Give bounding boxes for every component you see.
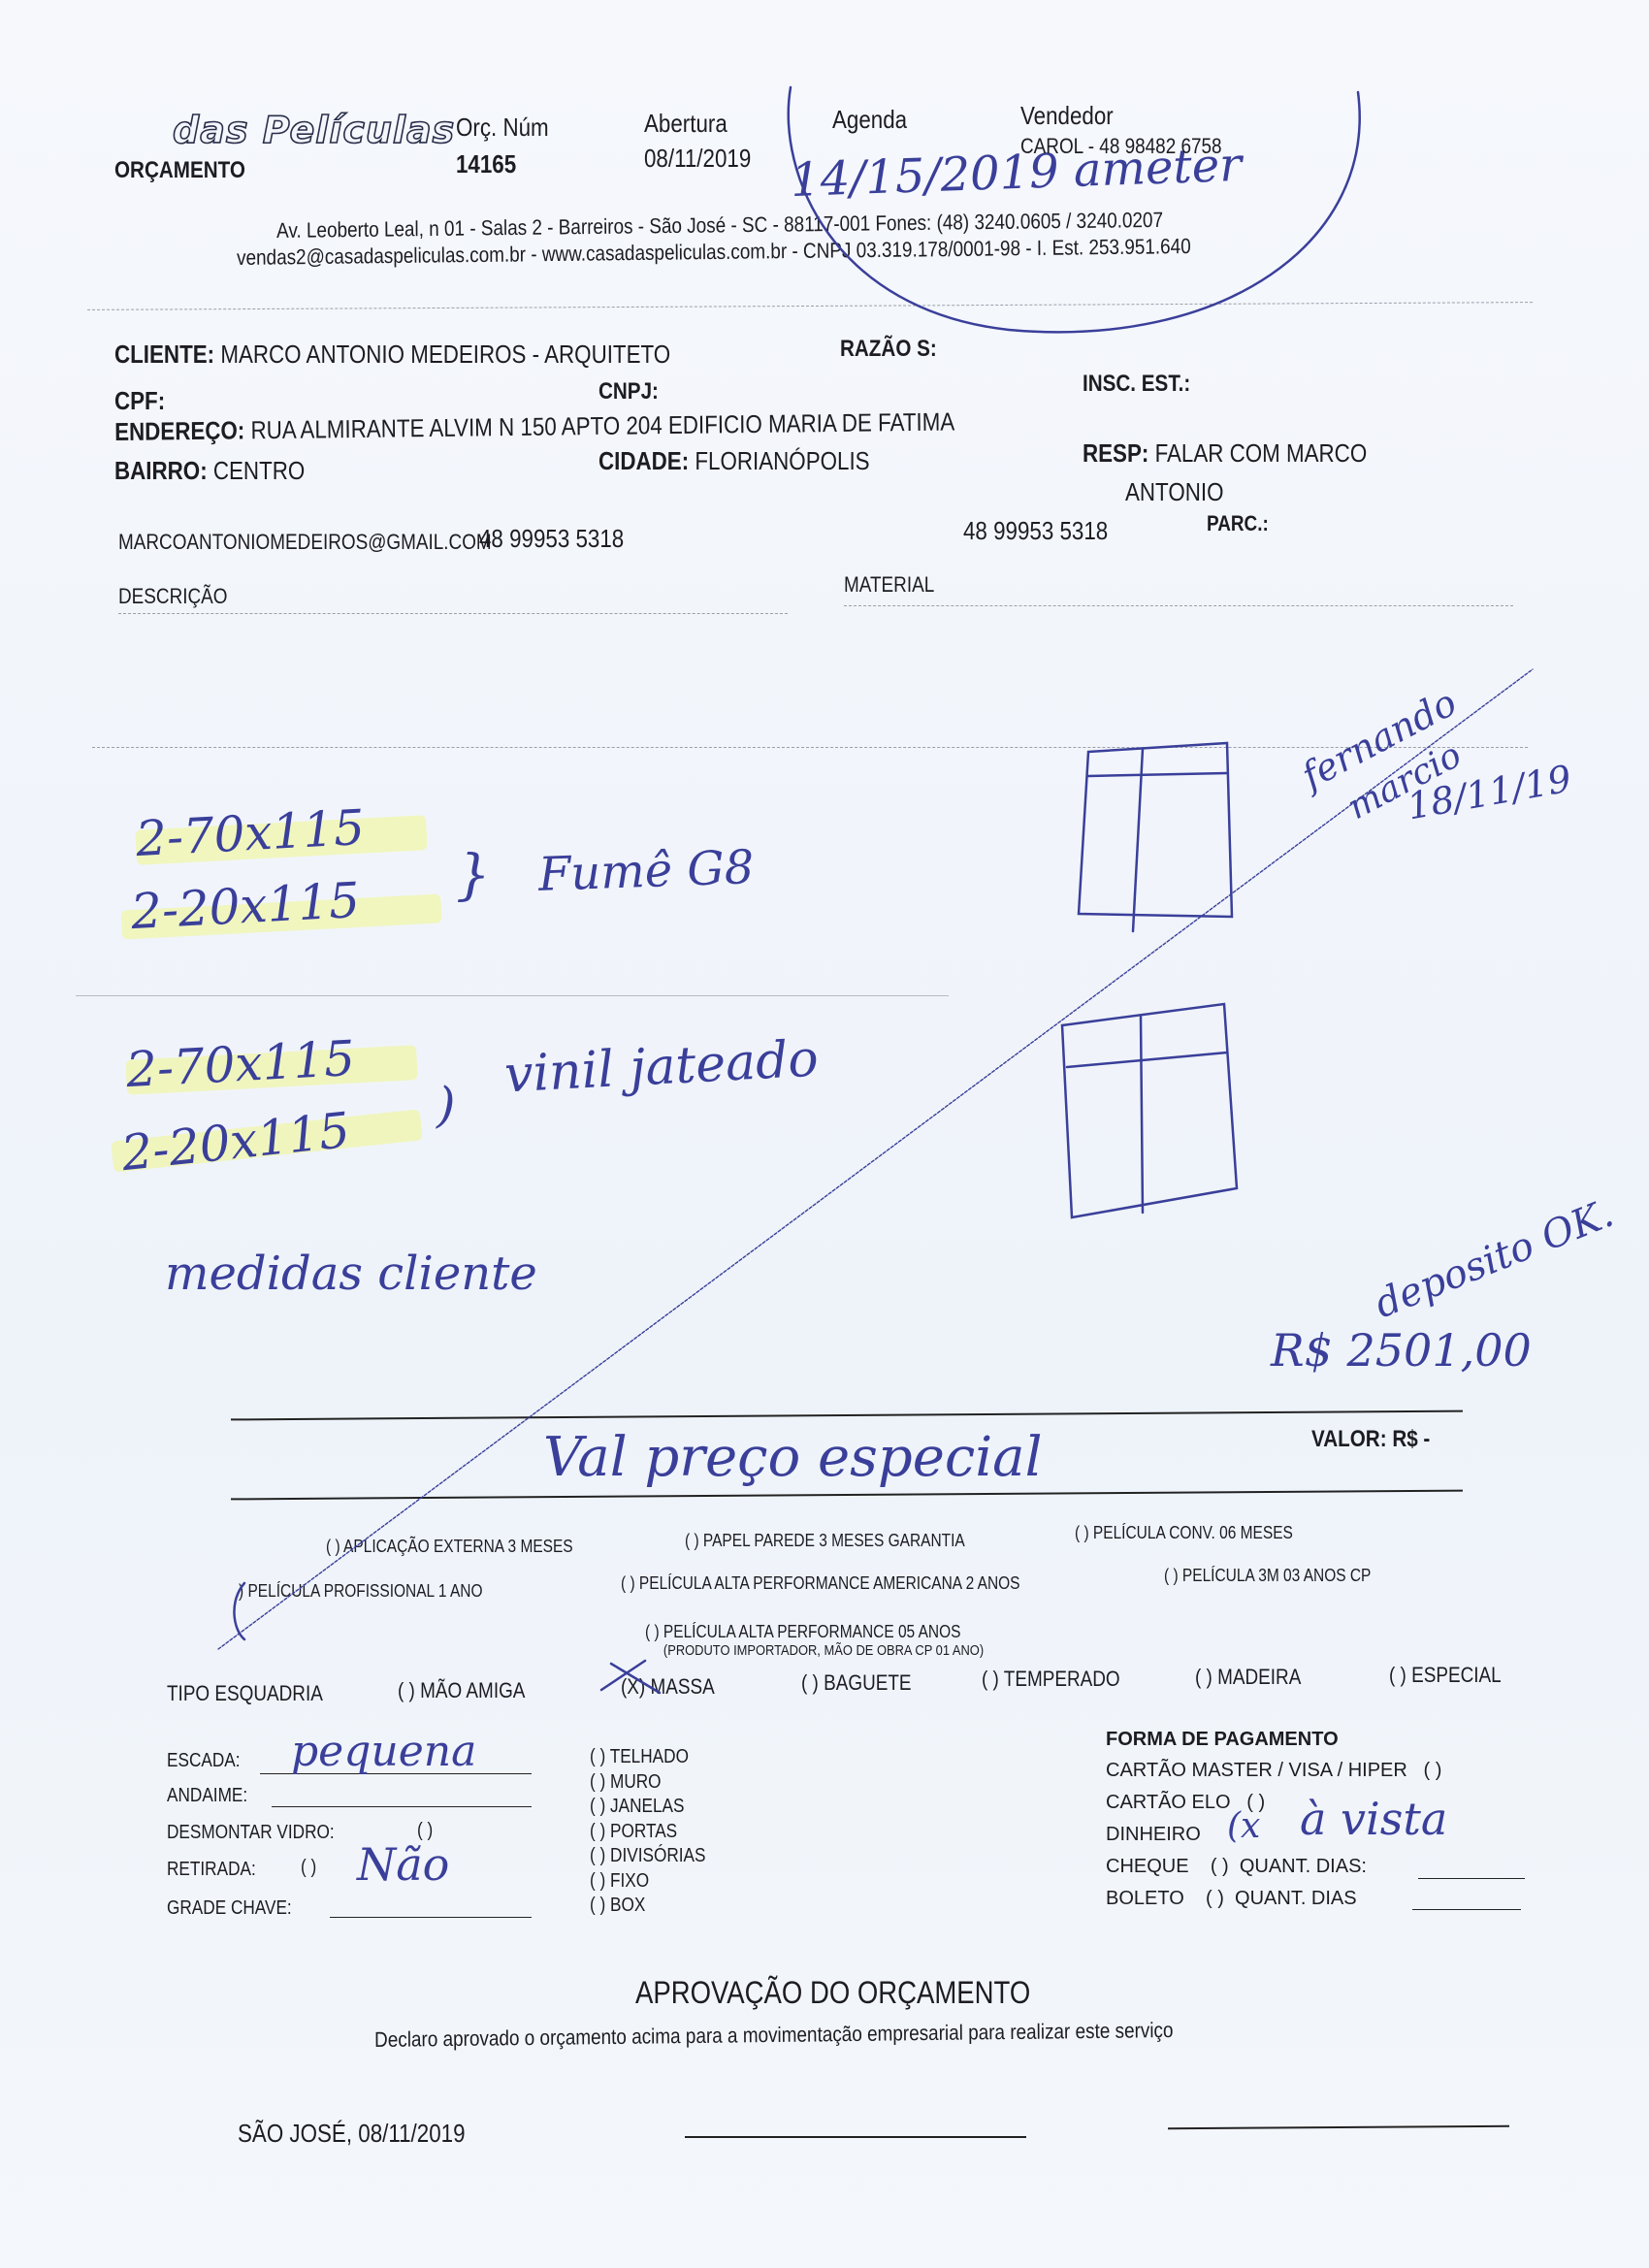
esquadria-checkbox[interactable]: ( ) <box>398 1678 420 1702</box>
payment-master-checkbox[interactable]: ( ) <box>1423 1760 1441 1781</box>
location-label: DIVISÓRIAS <box>610 1845 705 1866</box>
resp-field: RESP: FALAR COM MARCO <box>1083 438 1367 469</box>
retirada-label: RETIRADA: <box>167 1859 256 1881</box>
parc-label: PARC.: <box>1207 511 1269 536</box>
esquadria-checkbox[interactable]: ( ) <box>1389 1663 1411 1687</box>
location-option[interactable]: ( ) DIVISÓRIAS <box>590 1845 705 1867</box>
divider <box>92 747 1528 748</box>
grade-chave-label: GRADE CHAVE: <box>167 1897 292 1920</box>
andaime-label: ANDAIME: <box>167 1785 247 1807</box>
boleto-days-label: QUANT. DIAS <box>1235 1888 1357 1909</box>
material-underline <box>844 605 1513 606</box>
item1-brace: } <box>456 844 491 907</box>
divider <box>76 995 949 996</box>
vendedor-label: Vendedor <box>1020 101 1114 131</box>
esquadria-checkbox[interactable]: ( ) <box>982 1667 1004 1691</box>
location-checkbox[interactable]: ( ) <box>590 1771 610 1793</box>
esquadria-checkbox[interactable]: ( ) <box>1195 1665 1217 1689</box>
location-option[interactable]: ( ) MURO <box>590 1771 662 1794</box>
location-checkbox[interactable]: ( ) <box>590 1870 610 1892</box>
payment-dinheiro[interactable]: DINHEIRO <box>1106 1824 1201 1846</box>
warranty-option[interactable]: ( ) PELÍCULA ALTA PERFORMANCE 05 ANOS(PR… <box>645 1622 984 1659</box>
warranty-checkbox[interactable]: ( ) <box>1075 1523 1093 1542</box>
esquadria-option[interactable]: ( ) MÃO AMIGA <box>398 1678 525 1703</box>
endereco-label: ENDEREÇO: <box>114 415 244 446</box>
location-label: BOX <box>610 1895 645 1916</box>
payment-dinheiro-note: à vista <box>1300 1793 1447 1845</box>
abertura-date: 08/11/2019 <box>644 144 751 174</box>
payment-boleto[interactable]: BOLETO ( ) QUANT. DIAS <box>1106 1888 1357 1910</box>
warranty-checkbox[interactable]: ( ) <box>621 1573 639 1593</box>
material-label: MATERIAL <box>844 572 934 598</box>
location-label: FIXO <box>610 1870 649 1892</box>
cpf-label: CPF: <box>114 386 165 416</box>
warranty-checkbox[interactable]: ( ) <box>685 1531 703 1550</box>
location-checkbox[interactable]: ( ) <box>590 1821 610 1842</box>
grade-chave-input[interactable] <box>330 1917 532 1918</box>
warranty-sublabel: (PRODUTO IMPORTADOR, MÃO DE OBRA CP 01 A… <box>663 1642 984 1659</box>
warranty-checkbox[interactable]: ) <box>239 1581 247 1601</box>
valor-label: VALOR: R$ - <box>1311 1426 1430 1453</box>
warranty-label: PELÍCULA PROFISSIONAL 1 ANO <box>247 1581 482 1601</box>
warranty-option[interactable]: ) PELÍCULA PROFISSIONAL 1 ANO <box>239 1581 482 1602</box>
resp-value: FALAR COM MARCO <box>1155 438 1368 468</box>
warranty-option[interactable]: ( ) PAPEL PAREDE 3 MESES GARANTIA <box>685 1531 965 1551</box>
warranty-label: PELÍCULA CONV. 06 MESES <box>1093 1523 1293 1542</box>
client-signature-line[interactable] <box>685 2136 1026 2138</box>
orc-num-label: Orç. Núm <box>456 113 549 143</box>
location-label: JANELAS <box>610 1796 684 1817</box>
warranty-option[interactable]: ( ) PELÍCULA ALTA PERFORMANCE AMERICANA … <box>621 1573 1019 1594</box>
payment-dinheiro-label: DINHEIRO <box>1106 1824 1201 1845</box>
location-checkbox[interactable]: ( ) <box>590 1796 610 1817</box>
esquadria-label: TIPO ESQUADRIA <box>167 1681 323 1706</box>
email-value: MARCOANTONIOMEDEIROS@GMAIL.COM <box>118 530 492 555</box>
company-logo: das Películas <box>173 109 455 151</box>
document-title: ORÇAMENTO <box>114 157 245 184</box>
measures-note: medidas cliente <box>165 1247 537 1301</box>
warranty-option[interactable]: ( ) APLICAÇÃO EXTERNA 3 MESES <box>326 1537 573 1557</box>
esquadria-option[interactable]: ( ) TEMPERADO <box>982 1667 1120 1692</box>
cidade-value: FLORIANÓPOLIS <box>695 446 869 475</box>
boleto-days-input[interactable] <box>1412 1909 1521 1910</box>
payment-cheque[interactable]: CHEQUE ( ) QUANT. DIAS: <box>1106 1856 1367 1878</box>
warranty-option[interactable]: ( ) PELÍCULA CONV. 06 MESES <box>1075 1523 1293 1543</box>
esquadria-option[interactable]: (X) MASSA <box>621 1674 715 1700</box>
esquadria-checkbox[interactable]: (X) <box>621 1674 650 1699</box>
bairro-value: CENTRO <box>213 456 305 485</box>
razao-label: RAZÃO S: <box>840 336 937 363</box>
cheque-days-input[interactable] <box>1418 1878 1525 1879</box>
cheque-days-label: QUANT. DIAS: <box>1240 1856 1367 1877</box>
deposit-amount: R$ 2501,00 <box>1271 1324 1532 1377</box>
warranty-option[interactable]: ( ) PELÍCULA 3M 03 ANOS CP <box>1164 1566 1371 1586</box>
esquadria-checkbox[interactable]: ( ) <box>801 1670 824 1695</box>
payment-cheque-checkbox[interactable]: ( ) <box>1211 1856 1229 1877</box>
esquadria-label: MÃO AMIGA <box>420 1678 525 1702</box>
descricao-label: DESCRIÇÃO <box>118 584 227 609</box>
item1-note: Fumê G8 <box>537 840 755 902</box>
warranty-label: PAPEL PAREDE 3 MESES GARANTIA <box>703 1531 965 1550</box>
warranty-checkbox[interactable]: ( ) <box>1164 1566 1182 1585</box>
location-label: TELHADO <box>610 1746 689 1767</box>
warranty-checkbox[interactable]: ( ) <box>645 1622 663 1641</box>
escada-value: pequena <box>291 1727 476 1776</box>
item2-brace: ) <box>436 1077 456 1133</box>
location-option[interactable]: ( ) PORTAS <box>590 1821 677 1843</box>
payment-elo-label: CARTÃO ELO <box>1106 1792 1231 1813</box>
bairro-label: BAIRRO: <box>114 456 208 485</box>
bairro-field: BAIRRO: CENTRO <box>114 456 305 486</box>
esquadria-option[interactable]: ( ) MADEIRA <box>1195 1665 1301 1690</box>
location-checkbox[interactable]: ( ) <box>590 1895 610 1916</box>
esquadria-option[interactable]: ( ) BAGUETE <box>801 1670 912 1696</box>
payment-master-visa[interactable]: CARTÃO MASTER / VISA / HIPER ( ) <box>1106 1760 1441 1782</box>
andaime-input[interactable] <box>272 1806 532 1807</box>
location-option[interactable]: ( ) BOX <box>590 1895 645 1917</box>
esquadria-label: TEMPERADO <box>1004 1667 1120 1691</box>
approval-title: APROVAÇÃO DO ORÇAMENTO <box>635 1975 1030 2011</box>
esquadria-label: MADEIRA <box>1217 1665 1301 1689</box>
item1-line2: 2-20x115 <box>130 872 362 940</box>
cliente-value: MARCO ANTONIO MEDEIROS - ARQUITETO <box>220 340 670 369</box>
price-note: Val preço especial <box>543 1426 1042 1489</box>
retirada-value: Não <box>357 1838 449 1891</box>
payment-title: FORMA DE PAGAMENTO <box>1106 1729 1339 1751</box>
location-label: MURO <box>610 1771 662 1793</box>
abertura-label: Abertura <box>644 109 727 139</box>
warranty-label: PELÍCULA 3M 03 ANOS CP <box>1182 1566 1371 1585</box>
esquadria-label: BAGUETE <box>824 1670 911 1695</box>
insc-est-label: INSC. EST.: <box>1083 371 1190 398</box>
location-label: PORTAS <box>610 1821 677 1842</box>
location-option[interactable]: ( ) JANELAS <box>590 1796 685 1818</box>
vendedor-value: CAROL - 48 98482 6758 <box>1020 134 1222 159</box>
warranty-label: PELÍCULA ALTA PERFORMANCE 05 ANOS <box>663 1622 961 1641</box>
desmontar-label: DESMONTAR VIDRO: <box>167 1822 335 1844</box>
cnpj-label: CNPJ: <box>598 378 659 405</box>
resp-value-continued: ANTONIO <box>1125 477 1223 507</box>
warranty-checkbox[interactable]: ( ) <box>326 1537 343 1556</box>
payment-master-label: CARTÃO MASTER / VISA / HIPER <box>1106 1760 1407 1781</box>
cidade-label: CIDADE: <box>598 446 689 475</box>
payment-boleto-label: BOLETO <box>1106 1888 1184 1909</box>
orc-num-value: 14165 <box>456 149 516 179</box>
location-option[interactable]: ( ) TELHADO <box>590 1746 689 1768</box>
phone-overlap: 48 99953 5318 <box>479 524 624 554</box>
retirada-checkbox[interactable]: ( ) <box>301 1857 316 1879</box>
payment-cheque-label: CHEQUE <box>1106 1856 1189 1877</box>
agenda-label: Agenda <box>832 105 907 135</box>
item1-line1: 2-70x115 <box>135 799 367 867</box>
place-date: SÃO JOSÉ, 08/11/2019 <box>238 2119 466 2149</box>
location-checkbox[interactable]: ( ) <box>590 1746 610 1767</box>
location-checkbox[interactable]: ( ) <box>590 1845 610 1866</box>
esquadria-label: MASSA <box>650 1674 714 1699</box>
esquadria-label: ESPECIAL <box>1411 1663 1502 1687</box>
esquadria-option[interactable]: ( ) ESPECIAL <box>1389 1663 1502 1688</box>
payment-dinheiro-mark[interactable]: (x <box>1227 1806 1260 1846</box>
payment-boleto-checkbox[interactable]: ( ) <box>1206 1888 1224 1909</box>
phone-value: 48 99953 5318 <box>963 516 1108 546</box>
warranty-label: PELÍCULA ALTA PERFORMANCE AMERICANA 2 AN… <box>639 1573 1020 1593</box>
cliente-label: CLIENTE: <box>114 340 214 369</box>
cidade-field: CIDADE: FLORIANÓPOLIS <box>598 446 870 476</box>
location-option[interactable]: ( ) FIXO <box>590 1870 649 1893</box>
cliente-field: CLIENTE: MARCO ANTONIO MEDEIROS - ARQUIT… <box>114 340 670 370</box>
item2-line1: 2-70x115 <box>125 1030 357 1098</box>
resp-label: RESP: <box>1083 438 1148 468</box>
warranty-label: APLICAÇÃO EXTERNA 3 MESES <box>343 1537 573 1556</box>
escada-label: ESCADA: <box>167 1750 241 1772</box>
descricao-underline <box>118 613 788 614</box>
